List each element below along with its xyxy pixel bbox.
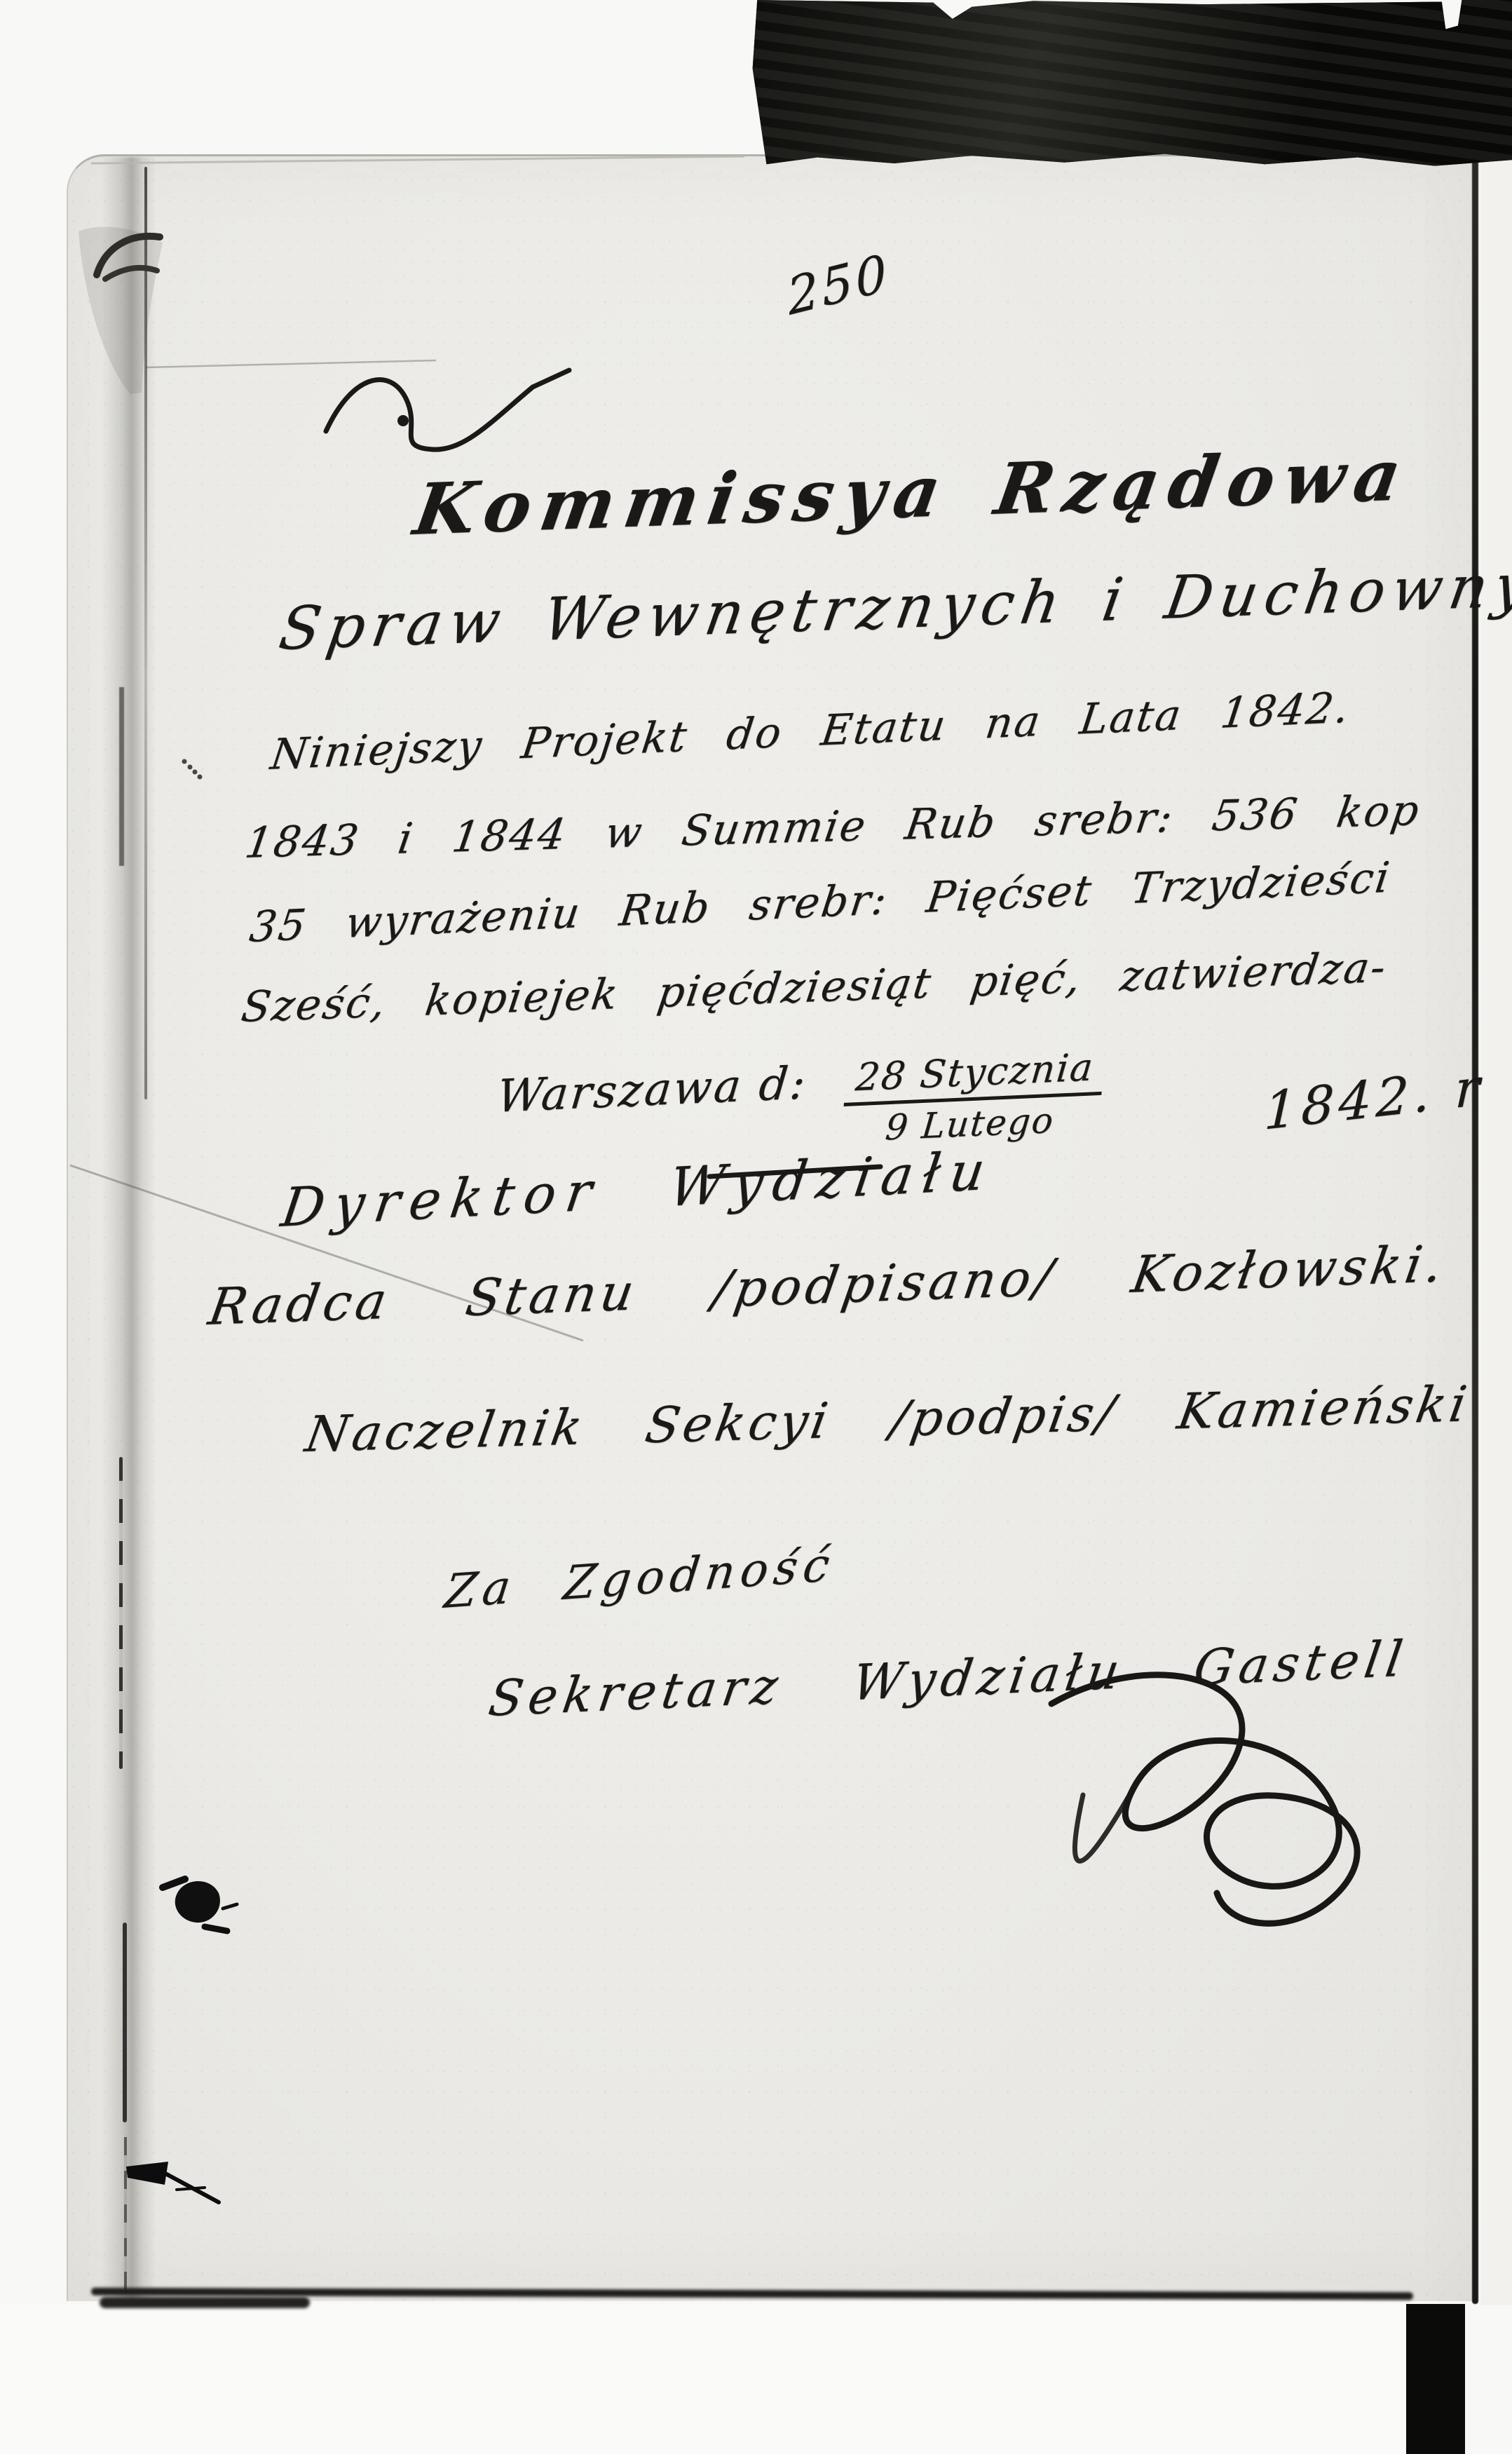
binding-crease-segment — [119, 1457, 123, 1769]
scanner-background-bottom — [0, 2304, 1406, 2454]
adjacent-page-strip — [1480, 156, 1512, 2305]
scanned-archival-document: 250 Kommissya Rządowa Spraw Wewnętrznych… — [0, 0, 1512, 2454]
dateline-date-julian: 28 Stycznia — [843, 1045, 1106, 1106]
binding-crease-line — [144, 167, 147, 1099]
scanner-backing-blob — [740, 0, 1512, 171]
page-bottom-edge-shadow — [100, 2297, 310, 2308]
binding-crease-segment — [124, 2137, 127, 2295]
binding-crease-shadow — [102, 157, 156, 2300]
dateline-date-fraction: 28 Stycznia 9 Lutego — [839, 1045, 1106, 1151]
scanner-backing-bar — [1406, 2304, 1465, 2454]
page-right-edge-shadow — [1472, 158, 1478, 2304]
binding-crease-segment — [119, 687, 124, 866]
binding-crease-segment — [123, 1923, 127, 2122]
